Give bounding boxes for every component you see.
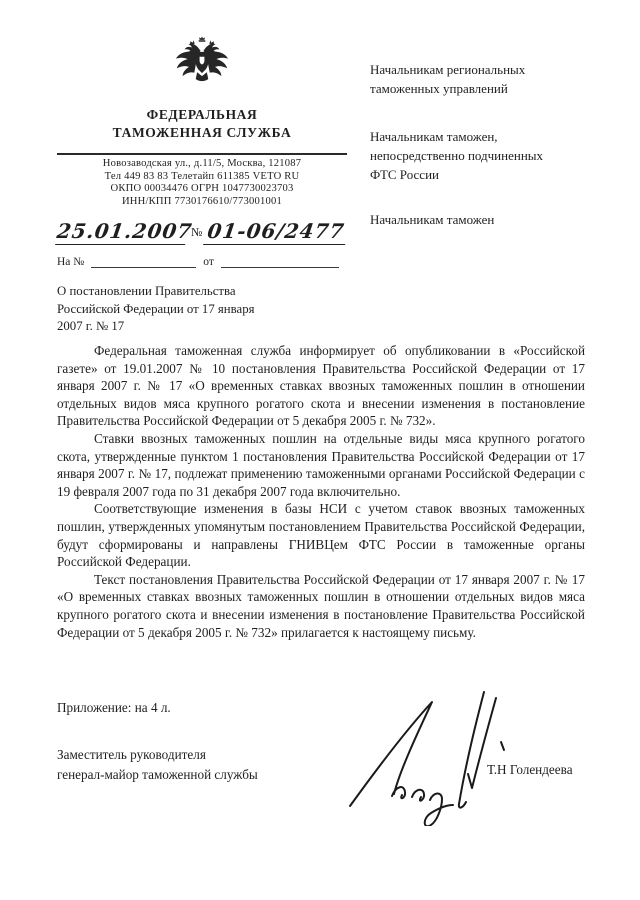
agency-name-line1: ФЕДЕРАЛЬНАЯ <box>57 106 347 124</box>
letter-body: Федеральная таможенная служба информируе… <box>57 342 585 641</box>
recipient-item: Начальникам региональных таможенных упра… <box>370 60 622 98</box>
date-number-row: 25.01.2007 № 01-06/2477 <box>57 211 347 245</box>
address-line: ОКПО 00034476 ОГРН 1047730023703 <box>57 183 347 196</box>
reply-date-blank <box>221 252 339 268</box>
attachment-note: Приложение: на 4 л. <box>57 700 171 716</box>
signer-name: Т.Н Голендеева <box>487 762 573 778</box>
body-paragraph: Текст постановления Правительства Россий… <box>57 571 585 641</box>
reply-date-label: от <box>203 256 214 268</box>
signature-icon <box>336 686 511 831</box>
recipient-item: Начальникам таможен, непосредственно под… <box>370 127 622 184</box>
recipient-item: Начальникам таможен <box>370 210 622 229</box>
body-paragraph: Соответствующие изменения в базы НСИ с у… <box>57 500 585 570</box>
address-line: ИНН/КПП 7730176610/773001001 <box>57 196 347 209</box>
agency-address: Новозаводская ул., д.11/5, Москва, 12108… <box>57 158 347 208</box>
recipients-block: Начальникам региональных таможенных упра… <box>370 60 622 229</box>
reply-number-blank <box>91 252 196 268</box>
body-paragraph: Ставки ввозных таможенных пошлин на отде… <box>57 430 585 500</box>
body-paragraph: Федеральная таможенная служба информируе… <box>57 342 585 430</box>
agency-name: ФЕДЕРАЛЬНАЯ ТАМОЖЕННАЯ СЛУЖБА <box>57 106 347 142</box>
reply-reference-row: На № от <box>57 252 347 268</box>
address-line: Новозаводская ул., д.11/5, Москва, 12108… <box>57 158 347 171</box>
address-line: Тел 449 83 83 Телетайп 611385 VETO RU <box>57 171 347 184</box>
letterhead: ФЕДЕРАЛЬНАЯ ТАМОЖЕННАЯ СЛУЖБА Новозаводс… <box>57 36 347 336</box>
reply-number-label: На № <box>57 256 84 268</box>
signer-position: Заместитель руководителя генерал-майор т… <box>57 745 258 784</box>
agency-name-line2: ТАМОЖЕННАЯ СЛУЖБА <box>57 124 347 142</box>
coat-of-arms-icon <box>173 36 231 96</box>
letterhead-divider <box>57 153 347 155</box>
scanned-letter-page: ФЕДЕРАЛЬНАЯ ТАМОЖЕННАЯ СЛУЖБА Новозаводс… <box>0 0 640 900</box>
number-sign: № <box>191 225 202 240</box>
handwritten-date: 25.01.2007 <box>55 218 189 245</box>
handwritten-outgoing-number: 01-06/2477 <box>203 218 349 245</box>
letter-subject: О постановлении Правительства Российской… <box>57 283 347 336</box>
